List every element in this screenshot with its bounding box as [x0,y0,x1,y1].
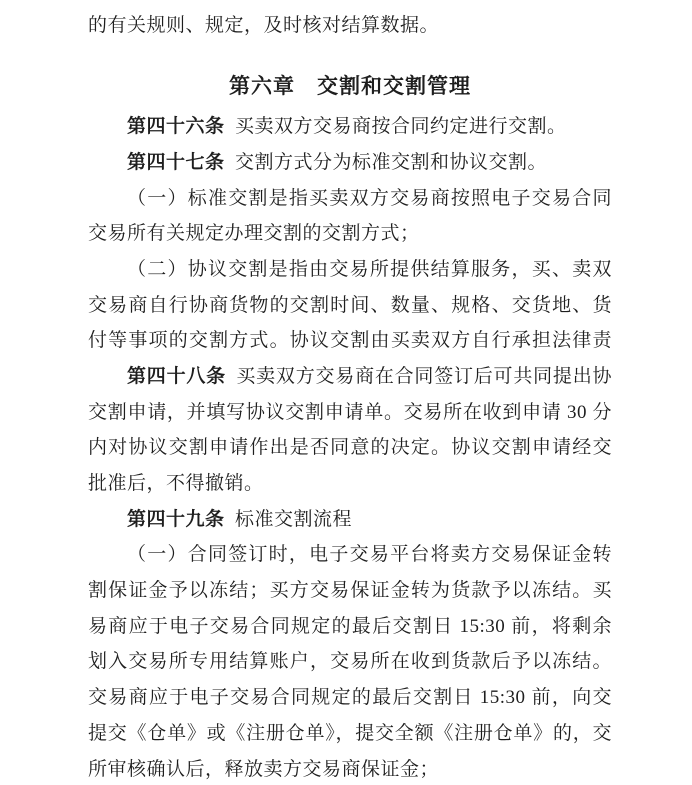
flow-step-1-line-3: 易商应于电子交易合同规定的最后交割日 15:30 前，将剩余货款 [88,609,612,645]
flow-step-1-line-7: 所审核确认后，释放卖方交易商保证金； [88,752,612,785]
article-49-text: 标准交割流程 [235,509,352,530]
article-48-line: 第四十八条买卖双方交易商在合同签订后可共同提出协议 [88,359,612,395]
article-46-line: 第四十六条买卖双方交易商按合同约定进行交割。 [88,109,612,145]
article-47-line: 第四十七条交割方式分为标准交割和协议交割。 [88,145,612,181]
article-49-line: 第四十九条标准交割流程 [88,502,612,538]
article-48-number: 第四十八条 [127,366,226,387]
clause-1-line-1: （一）标准交割是指买卖双方交易商按照电子交易合同及 [88,181,612,217]
flow-step-1-line-2: 割保证金予以冻结；买方交易保证金转为货款予以冻结。买方交 [88,573,612,609]
article-48-line-4: 批准后，不得撤销。 [88,466,612,502]
chapter-heading: 第六章 交割和交割管理 [88,69,612,105]
article-47-text: 交割方式分为标准交割和协议交割。 [235,152,547,173]
intro-line: 的有关规则、规定，及时核对结算数据。 [88,8,612,44]
flow-step-1-line-1: （一）合同签订时，电子交易平台将卖方交易保证金转为交 [88,537,612,573]
article-47-number: 第四十七条 [127,152,225,173]
clause-1-line-2: 交易所有关规定办理交割的交割方式； [88,216,612,252]
flow-step-1-line-6: 提交《仓单》或《注册仓单》，提交全额《注册仓单》的，交易 [88,716,612,752]
document-page: 的有关规则、规定，及时核对结算数据。 第六章 交割和交割管理 第四十六条买卖双方… [0,0,692,785]
article-48-line-3: 内对协议交割申请作出是否同意的决定。协议交割申请经交易所 [88,430,612,466]
article-46-number: 第四十六条 [127,116,225,137]
clause-2-line-3: 付等事项的交割方式。协议交割由买卖双方自行承担法律责任。 [88,323,612,359]
flow-step-1-line-5: 交易商应于电子交易合同规定的最后交割日 15:30 前，向交易所 [88,680,612,716]
clause-2-line-2: 交易商自行协商货物的交割时间、数量、规格、交货地、货款支 [88,288,612,324]
article-48-line-2: 交割申请，并填写协议交割申请单。交易所在收到申请 30 分钟 [88,395,612,431]
article-49-number: 第四十九条 [127,509,225,530]
article-46-text: 买卖双方交易商按合同约定进行交割。 [235,116,567,137]
flow-step-1-line-4: 划入交易所专用结算账户，交易所在收到货款后予以冻结。卖方 [88,644,612,680]
clause-2-line-1: （二）协议交割是指由交易所提供结算服务，买、卖双方 [88,252,612,288]
